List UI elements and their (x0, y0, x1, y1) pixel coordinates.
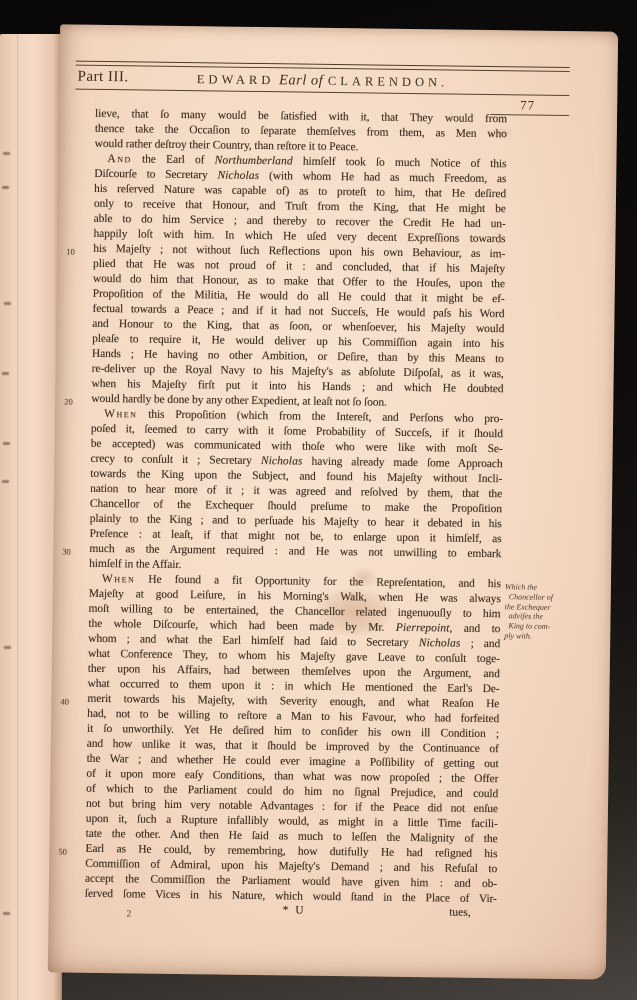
line-number: 50 (58, 844, 67, 859)
line-number: 20 (64, 394, 73, 409)
title-surname: CLARENDON. (328, 74, 448, 90)
margin-note-line: ply with. (504, 631, 568, 642)
signature-mark: * U (283, 904, 306, 916)
page-edge-mark (2, 480, 9, 483)
text-body: lieve, that ſo many would be ſatisfied w… (85, 107, 507, 907)
book-page: Part III. EDWARD Earl of CLARENDON. 77 l… (48, 24, 618, 979)
title-forename: EDWARD (197, 72, 275, 87)
page-edge-mark (4, 302, 11, 305)
page-edge-mark (2, 372, 9, 375)
catchword: tues, (449, 907, 471, 919)
page-edge-mark (4, 646, 11, 649)
page-edge-mark (3, 152, 10, 155)
page-edge-crease (17, 34, 20, 1000)
running-title: EDWARD Earl of CLARENDON. (197, 71, 449, 91)
line-number: 40 (60, 694, 69, 709)
press-figure: 2 (127, 909, 132, 919)
line-number: 30 (62, 544, 71, 559)
margin-note-line: Which the (505, 582, 569, 593)
page-edge-mark (3, 442, 10, 445)
title-style: Earl of (279, 72, 323, 89)
page-edge-mark (2, 186, 9, 189)
page-edge-mark (3, 912, 10, 915)
page-header: Part III. EDWARD Earl of CLARENDON. 77 (75, 61, 570, 113)
line-number: 10 (66, 244, 75, 259)
part-label: Part III. (77, 69, 128, 87)
margin-note: Which theChancellor ofthe Exchequeradviſ… (504, 582, 569, 642)
margin-note-line: Chancellor of (505, 592, 569, 603)
